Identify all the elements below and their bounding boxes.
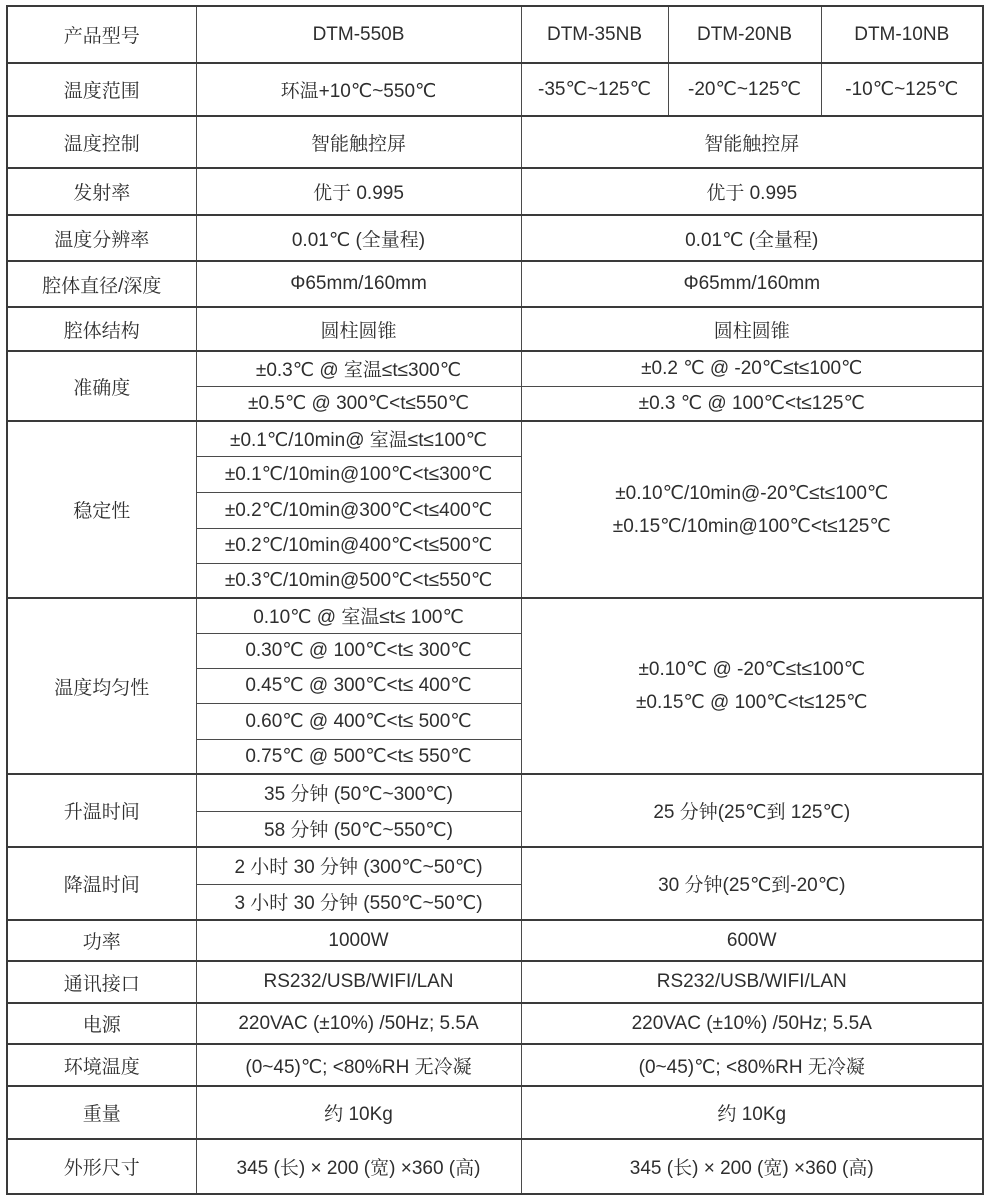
stability-left-2: ±0.1℃/10min@100℃<t≤300℃ <box>196 456 521 492</box>
uniformity-left-3: 0.45℃ @ 300℃<t≤ 400℃ <box>196 668 521 703</box>
heatup-left-2: 58 分钟 (50℃~550℃) <box>196 811 521 847</box>
stability-right-line-2: ±0.15℃/10min@100℃<t≤125℃ <box>526 510 979 543</box>
comm-label: 通讯接口 <box>7 961 196 1003</box>
row-temp-range: 温度范围 环温+10℃~550℃ -35℃~125℃ -20℃~125℃ -10… <box>7 63 983 116</box>
row-accuracy-1: 准确度 ±0.3℃ @ 室温≤t≤300℃ ±0.2 ℃ @ -20℃≤t≤10… <box>7 351 983 386</box>
temp-range-35nb: -35℃~125℃ <box>521 63 668 116</box>
heatup-label: 升温时间 <box>7 774 196 847</box>
stability-left-5: ±0.3℃/10min@500℃<t≤550℃ <box>196 563 521 598</box>
row-cooldown-1: 降温时间 2 小时 30 分钟 (300℃~50℃) 30 分钟(25℃到-20… <box>7 847 983 884</box>
uniformity-left-4: 0.60℃ @ 400℃<t≤ 500℃ <box>196 703 521 739</box>
uniformity-left-5: 0.75℃ @ 500℃<t≤ 550℃ <box>196 739 521 774</box>
cavity-structure-right: 圆柱圆锥 <box>521 307 983 351</box>
row-model: 产品型号 DTM-550B DTM-35NB DTM-20NB DTM-10NB <box>7 6 983 63</box>
uniformity-right-line-1: ±0.10℃ @ -20℃≤t≤100℃ <box>526 653 979 686</box>
stability-right: ±0.10℃/10min@-20℃≤t≤100℃ ±0.15℃/10min@10… <box>521 421 983 598</box>
model-dtm10nb: DTM-10NB <box>821 6 983 63</box>
power-label: 功率 <box>7 920 196 961</box>
cooldown-right: 30 分钟(25℃到-20℃) <box>521 847 983 920</box>
temp-range-10nb: -10℃~125℃ <box>821 63 983 116</box>
row-uniformity-1: 温度均匀性 0.10℃ @ 室温≤t≤ 100℃ ±0.10℃ @ -20℃≤t… <box>7 598 983 633</box>
cooldown-left-2: 3 小时 30 分钟 (550℃~50℃) <box>196 884 521 920</box>
accuracy-label: 准确度 <box>7 351 196 421</box>
dimensions-left: 345 (长) × 200 (宽) ×360 (高) <box>196 1139 521 1194</box>
stability-left-3: ±0.2℃/10min@300℃<t≤400℃ <box>196 492 521 528</box>
cavity-structure-label: 腔体结构 <box>7 307 196 351</box>
temp-range-label: 温度范围 <box>7 63 196 116</box>
stability-right-line-1: ±0.10℃/10min@-20℃≤t≤100℃ <box>526 477 979 510</box>
row-cavity-size: 腔体直径/深度 Φ65mm/160mm Φ65mm/160mm <box>7 261 983 307</box>
model-label: 产品型号 <box>7 6 196 63</box>
emissivity-label: 发射率 <box>7 168 196 215</box>
row-emissivity: 发射率 优于 0.995 优于 0.995 <box>7 168 983 215</box>
heatup-left-1: 35 分钟 (50℃~300℃) <box>196 774 521 811</box>
heatup-right: 25 分钟(25℃到 125℃) <box>521 774 983 847</box>
comm-right: RS232/USB/WIFI/LAN <box>521 961 983 1003</box>
row-resolution: 温度分辨率 0.01℃ (全量程) 0.01℃ (全量程) <box>7 215 983 261</box>
cooldown-label: 降温时间 <box>7 847 196 920</box>
temp-range-20nb: -20℃~125℃ <box>668 63 821 116</box>
row-temp-control: 温度控制 智能触控屏 智能触控屏 <box>7 116 983 168</box>
dimensions-right: 345 (长) × 200 (宽) ×360 (高) <box>521 1139 983 1194</box>
uniformity-left-1: 0.10℃ @ 室温≤t≤ 100℃ <box>196 598 521 633</box>
supply-right: 220VAC (±10%) /50Hz; 5.5A <box>521 1003 983 1044</box>
model-dtm20nb: DTM-20NB <box>668 6 821 63</box>
temp-control-right: 智能触控屏 <box>521 116 983 168</box>
cooldown-left-1: 2 小时 30 分钟 (300℃~50℃) <box>196 847 521 884</box>
row-ambient: 环境温度 (0~45)℃; <80%RH 无冷凝 (0~45)℃; <80%RH… <box>7 1044 983 1086</box>
uniformity-left-2: 0.30℃ @ 100℃<t≤ 300℃ <box>196 633 521 668</box>
emissivity-left: 优于 0.995 <box>196 168 521 215</box>
comm-left: RS232/USB/WIFI/LAN <box>196 961 521 1003</box>
row-dimensions: 外形尺寸 345 (长) × 200 (宽) ×360 (高) 345 (长) … <box>7 1139 983 1194</box>
accuracy-left-1: ±0.3℃ @ 室温≤t≤300℃ <box>196 351 521 386</box>
temp-range-550b: 环温+10℃~550℃ <box>196 63 521 116</box>
temp-control-left: 智能触控屏 <box>196 116 521 168</box>
uniformity-label: 温度均匀性 <box>7 598 196 774</box>
row-stability-1: 稳定性 ±0.1℃/10min@ 室温≤t≤100℃ ±0.10℃/10min@… <box>7 421 983 456</box>
model-dtm550b: DTM-550B <box>196 6 521 63</box>
uniformity-right-line-2: ±0.15℃ @ 100℃<t≤125℃ <box>526 686 979 719</box>
temp-control-label: 温度控制 <box>7 116 196 168</box>
ambient-right: (0~45)℃; <80%RH 无冷凝 <box>521 1044 983 1086</box>
uniformity-right: ±0.10℃ @ -20℃≤t≤100℃ ±0.15℃ @ 100℃<t≤125… <box>521 598 983 774</box>
resolution-left: 0.01℃ (全量程) <box>196 215 521 261</box>
stability-left-1: ±0.1℃/10min@ 室温≤t≤100℃ <box>196 421 521 456</box>
power-left: 1000W <box>196 920 521 961</box>
supply-label: 电源 <box>7 1003 196 1044</box>
product-spec-table: 产品型号 DTM-550B DTM-35NB DTM-20NB DTM-10NB… <box>6 5 984 1195</box>
weight-right: 约 10Kg <box>521 1086 983 1139</box>
weight-label: 重量 <box>7 1086 196 1139</box>
ambient-left: (0~45)℃; <80%RH 无冷凝 <box>196 1044 521 1086</box>
cavity-size-right: Φ65mm/160mm <box>521 261 983 307</box>
cavity-size-left: Φ65mm/160mm <box>196 261 521 307</box>
dimensions-label: 外形尺寸 <box>7 1139 196 1194</box>
resolution-label: 温度分辨率 <box>7 215 196 261</box>
model-dtm35nb: DTM-35NB <box>521 6 668 63</box>
supply-left: 220VAC (±10%) /50Hz; 5.5A <box>196 1003 521 1044</box>
row-power: 功率 1000W 600W <box>7 920 983 961</box>
ambient-label: 环境温度 <box>7 1044 196 1086</box>
row-weight: 重量 约 10Kg 约 10Kg <box>7 1086 983 1139</box>
stability-label: 稳定性 <box>7 421 196 598</box>
weight-left: 约 10Kg <box>196 1086 521 1139</box>
cavity-structure-left: 圆柱圆锥 <box>196 307 521 351</box>
accuracy-left-2: ±0.5℃ @ 300℃<t≤550℃ <box>196 386 521 421</box>
row-supply: 电源 220VAC (±10%) /50Hz; 5.5A 220VAC (±10… <box>7 1003 983 1044</box>
stability-left-4: ±0.2℃/10min@400℃<t≤500℃ <box>196 528 521 563</box>
resolution-right: 0.01℃ (全量程) <box>521 215 983 261</box>
spec-sheet-page: 产品型号 DTM-550B DTM-35NB DTM-20NB DTM-10NB… <box>0 0 986 1200</box>
accuracy-right-2: ±0.3 ℃ @ 100℃<t≤125℃ <box>521 386 983 421</box>
power-right: 600W <box>521 920 983 961</box>
emissivity-right: 优于 0.995 <box>521 168 983 215</box>
accuracy-right-1: ±0.2 ℃ @ -20℃≤t≤100℃ <box>521 351 983 386</box>
row-heatup-1: 升温时间 35 分钟 (50℃~300℃) 25 分钟(25℃到 125℃) <box>7 774 983 811</box>
cavity-size-label: 腔体直径/深度 <box>7 261 196 307</box>
row-comm: 通讯接口 RS232/USB/WIFI/LAN RS232/USB/WIFI/L… <box>7 961 983 1003</box>
row-cavity-structure: 腔体结构 圆柱圆锥 圆柱圆锥 <box>7 307 983 351</box>
